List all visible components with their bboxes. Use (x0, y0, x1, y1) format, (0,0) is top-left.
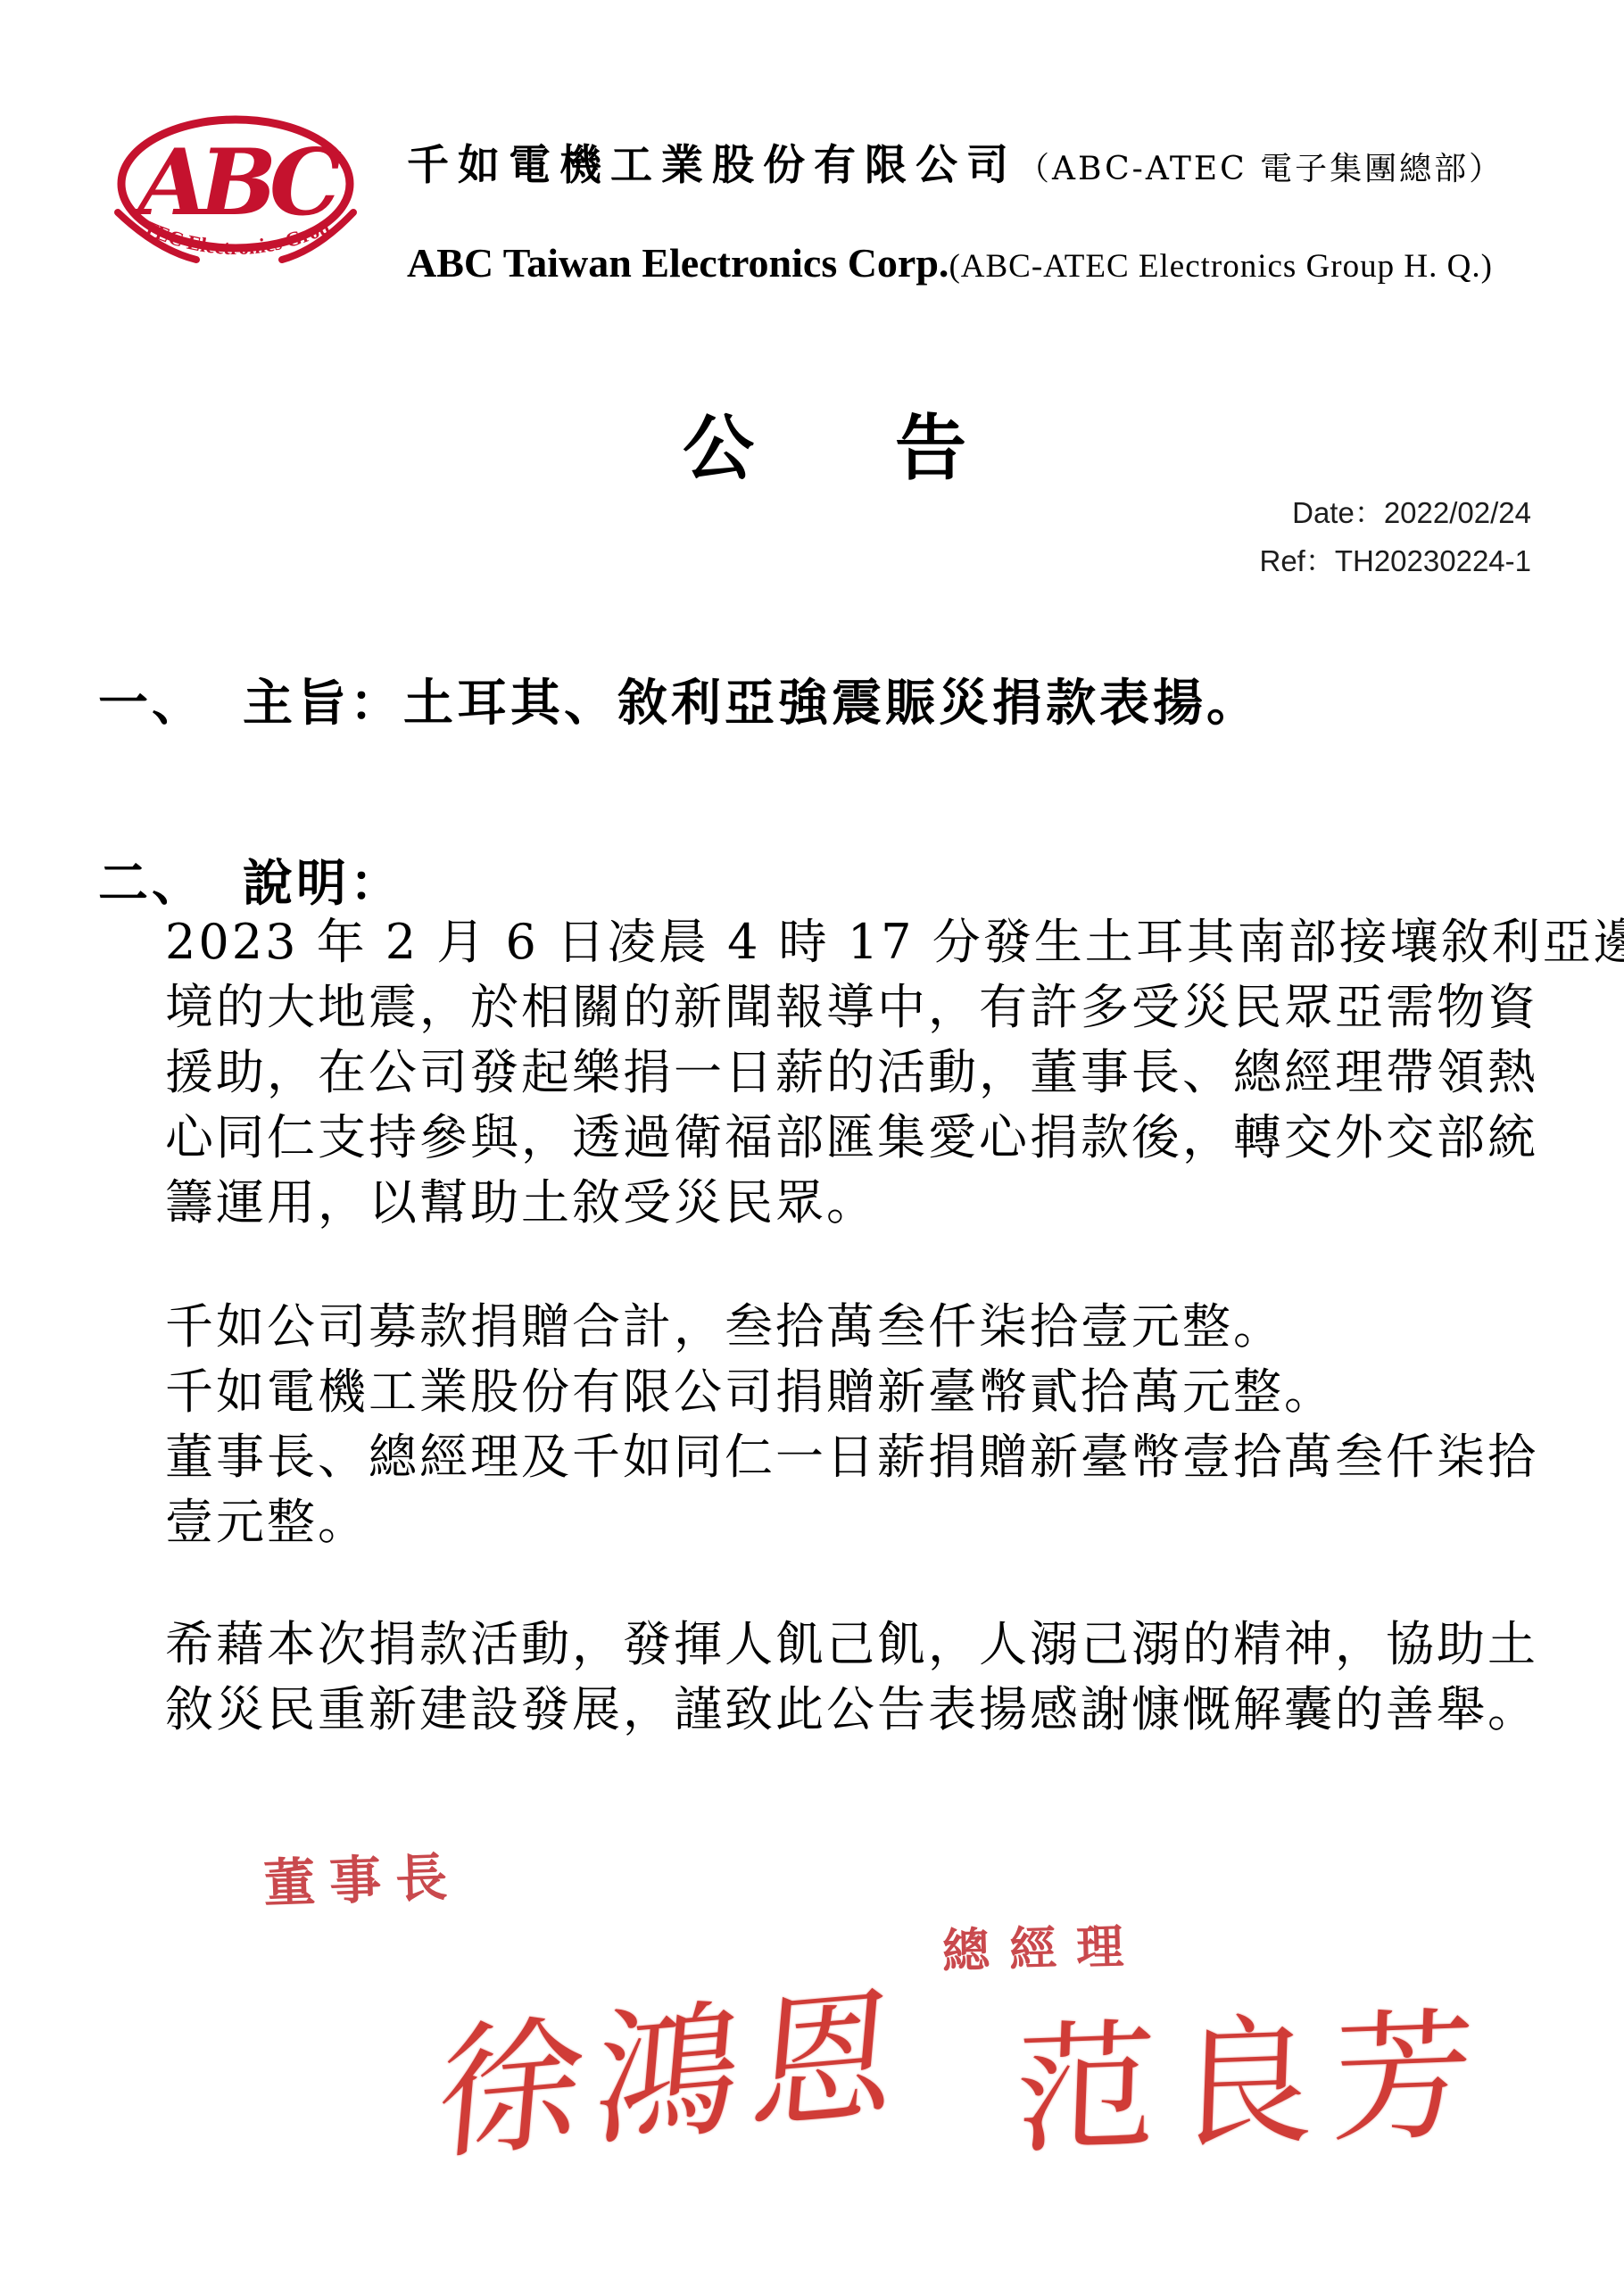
paragraph-line: 2023 年 2 月 6 日凌晨 4 時 17 分發生土耳其南部接壤敘利亞邊 (165, 911, 1575, 976)
document-title: 公 告 (12, 391, 1624, 493)
chairman-signature: 徐鴻恩 (431, 1938, 919, 2189)
title-char-2: 告 (895, 391, 966, 493)
company-name-en-main: ABC Taiwan Electronics Corp. (407, 240, 949, 286)
paragraph-donations: 千如公司募款捐贈合計，叁拾萬叁仟柒拾壹元整。 千如電機工業股份有限公司捐贈新臺幣… (165, 1296, 1575, 1556)
paragraph-line: 希藉本次捐款活動，發揮人飢己飢，人溺己溺的精神，協助土 (165, 1613, 1575, 1678)
general-manager-signature: 范良芳 (1012, 1961, 1496, 2181)
document-meta: Date：2022/02/24 Ref：TH20230224-1 (1259, 489, 1531, 585)
document-date: Date：2022/02/24 (1259, 489, 1531, 537)
paragraph-line: 援助，在公司發起樂捐一日薪的活動，董事長、總經理帶領熱 (165, 1041, 1575, 1107)
company-name-zh: 千如電機工業股份有限公司（ABC-ATEC 電子集團總部） (407, 132, 1504, 192)
title-char-1: 公 (683, 391, 754, 493)
paragraph-line: 千如電機工業股份有限公司捐贈新臺幣貳拾萬元整。 (165, 1361, 1575, 1426)
announcement-document: ABC ATEC Electronics Group 千如電機工業股份有限公司（… (0, 0, 1624, 2296)
document-ref: Ref：TH20230224-1 (1259, 537, 1531, 585)
paragraph-line: 壹元整。 (165, 1491, 1575, 1556)
section-description-label: 說明： (243, 844, 403, 916)
section-subject-label: 主旨： (243, 674, 403, 733)
general-manager-title-stamp: 總經理 (941, 1909, 1144, 1982)
company-name-en-paren: (ABC-ATEC Electronics Group H. Q.) (949, 248, 1492, 285)
paragraph-line: 境的大地震，於相關的新聞報導中，有許多受災民眾亞需物資 (165, 976, 1575, 1041)
section-subject-body: 土耳其、敘利亞強震賑災捐款表揚。 (403, 674, 1260, 733)
section-subject-text: 主旨：土耳其、敘利亞強震賑災捐款表揚。 (243, 664, 1260, 735)
paragraph-line: 敘災民重新建設發展，謹致此公告表揚感謝慷慨解囊的善舉。 (165, 1678, 1575, 1744)
paragraph-line: 籌運用，以幫助土敘受災民眾。 (165, 1172, 1575, 1237)
section-description: 二、 說明： (98, 844, 403, 916)
paragraph-line: 董事長、總經理及千如同仁一日薪捐贈新臺幣壹拾萬叁仟柒拾 (165, 1426, 1575, 1491)
company-name-en: ABC Taiwan Electronics Corp.(ABC-ATEC El… (407, 239, 1493, 286)
paragraph-line: 千如公司募款捐贈合計，叁拾萬叁仟柒拾壹元整。 (165, 1296, 1575, 1361)
chairman-title-stamp: 董事長 (262, 1835, 463, 1917)
paragraph-earthquake: 2023 年 2 月 6 日凌晨 4 時 17 分發生土耳其南部接壤敘利亞邊 境… (165, 911, 1575, 1237)
logo-abc-text: ABC (131, 129, 342, 236)
section-description-number: 二、 (98, 844, 205, 916)
company-name-zh-paren: （ABC-ATEC 電子集團總部） (1017, 151, 1504, 187)
section-subject-number: 一、 (98, 664, 205, 735)
paragraph-line: 心同仁支持參與，透過衛福部匯集愛心捐款後，轉交外交部統 (165, 1107, 1575, 1172)
paragraph-closing: 希藉本次捐款活動，發揮人飢己飢，人溺己溺的精神，協助土 敘災民重新建設發展，謹致… (165, 1613, 1575, 1744)
company-logo: ABC ATEC Electronics Group (111, 114, 360, 277)
company-name-zh-main: 千如電機工業股份有限公司 (407, 141, 1017, 190)
section-subject: 一、 主旨：土耳其、敘利亞強震賑災捐款表揚。 (98, 664, 1260, 735)
